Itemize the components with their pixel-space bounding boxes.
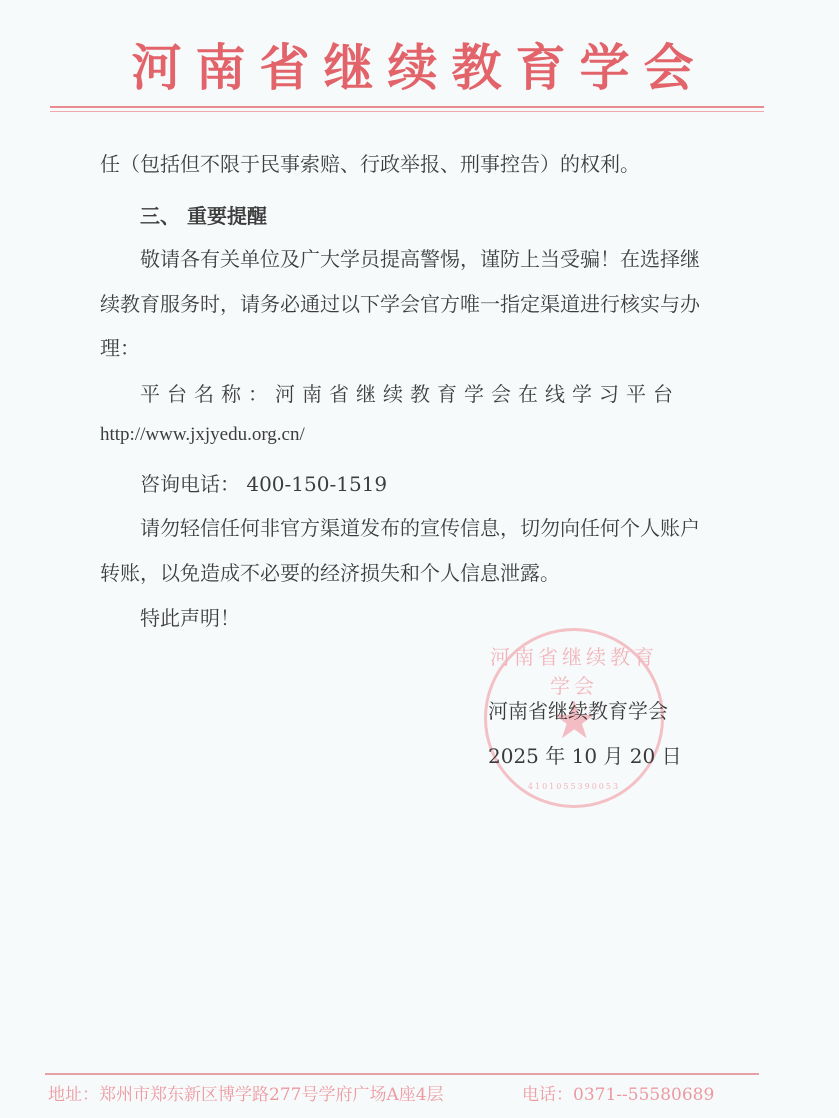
signature-organization: 河南省继续教育学会	[488, 695, 668, 724]
body-line: 转账，以免造成不必要的经济损失和个人信息泄露。	[100, 557, 560, 586]
letterhead-title: 河南省继续教育学会	[0, 28, 839, 100]
body-line: 续教育服务时，请务必通过以下学会官方唯一指定渠道进行核实与办	[100, 288, 700, 317]
closing-line: 特此声明！	[140, 602, 240, 631]
footer-rule	[45, 1073, 759, 1075]
section-heading: 三、 重要提醒	[140, 200, 267, 229]
body-line: 请勿轻信任何非官方渠道发布的宣传信息，切勿向任何个人账户	[140, 512, 700, 541]
letterhead-rule-thin	[50, 111, 764, 112]
platform-name: 平台名称：河南省继续教育学会在线学习平台	[140, 378, 680, 407]
seal-code: 4101055390053	[487, 782, 661, 791]
footer-address: 地址：郑州市郑东新区博学路277号学府广场A座4层	[48, 1080, 444, 1105]
footer-phone: 电话：0371--55580689	[522, 1080, 714, 1105]
consult-phone: 咨询电话： 400-150-1519	[140, 468, 387, 497]
body-line: 理：	[100, 332, 140, 361]
body-line: 任（包括但不限于民事索赔、行政举报、刑事控告）的权利。	[100, 148, 640, 177]
letterhead-rule-thick	[50, 106, 764, 108]
body-line: 敬请各有关单位及广大学员提高警惕，谨防上当受骗！在选择继	[140, 243, 700, 272]
platform-url[interactable]: http://www.jxjyedu.org.cn/	[100, 424, 305, 446]
signature-date: 2025 年 10 月 20 日	[488, 740, 682, 769]
